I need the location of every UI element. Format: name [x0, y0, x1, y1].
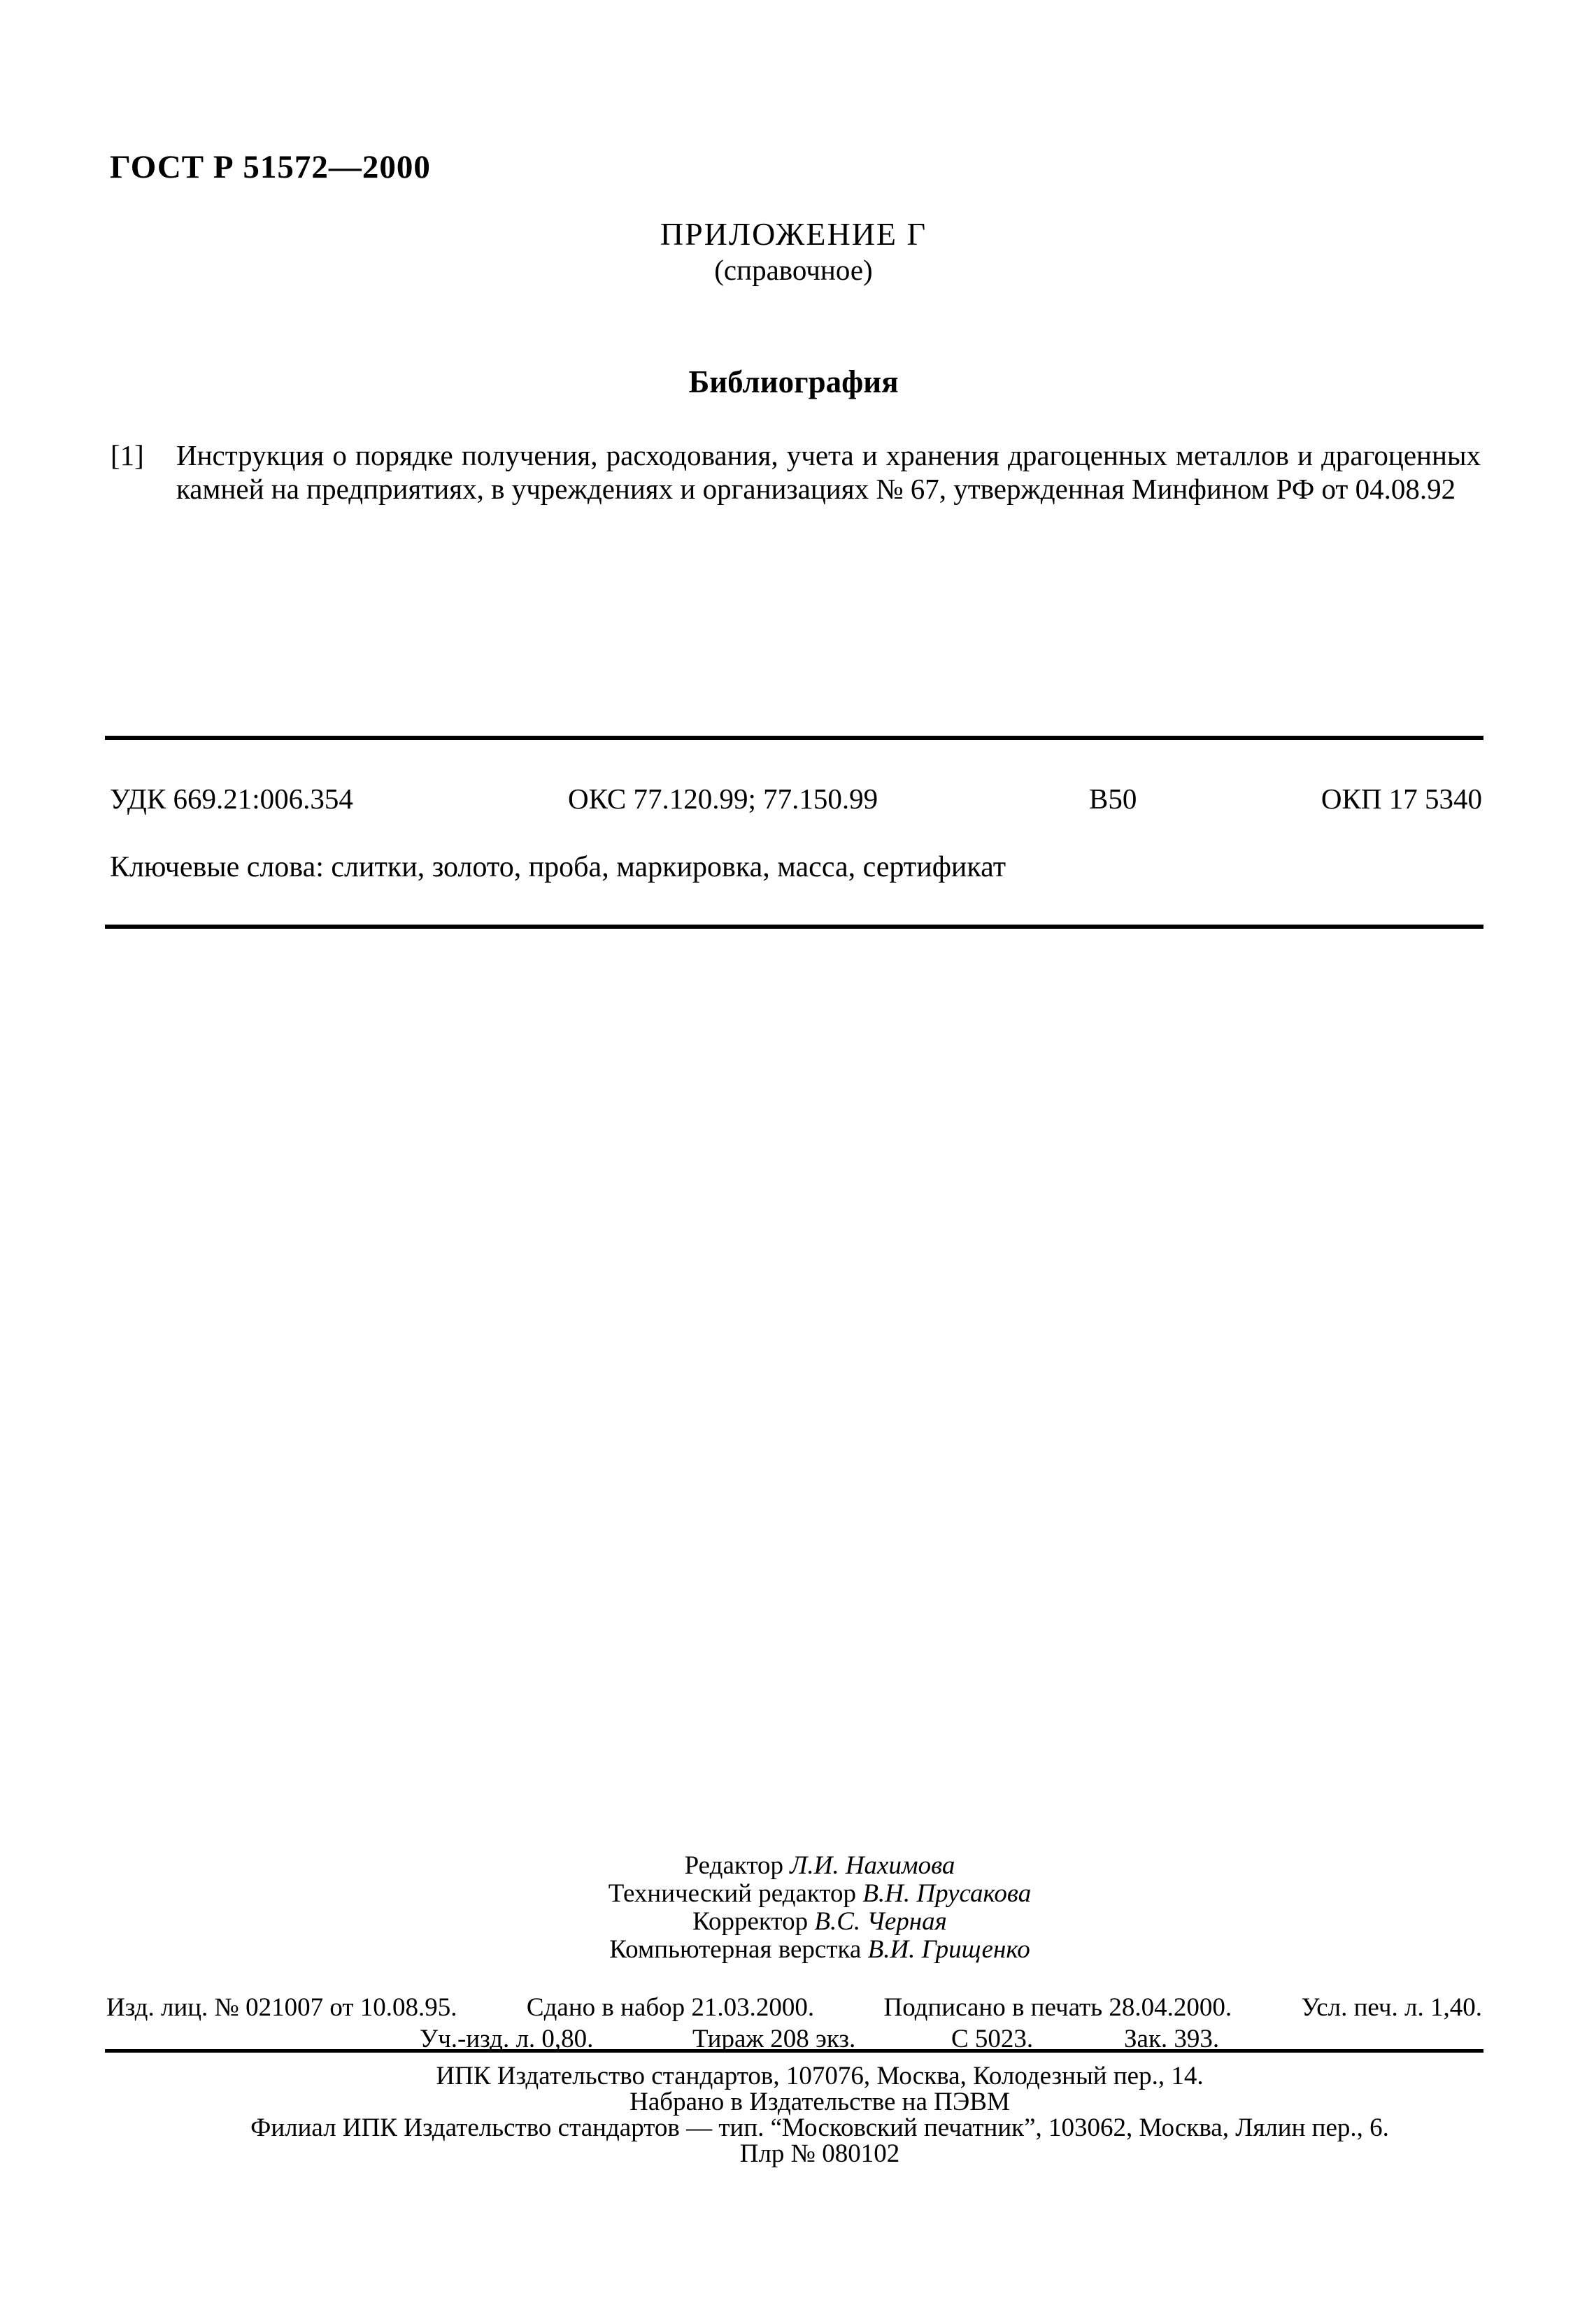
- appendix-title: ПРИЛОЖЕНИЕ Г: [0, 215, 1587, 252]
- doc-code: ГОСТ Р 51572—2000: [110, 148, 431, 186]
- okp-code: ОКП 17 5340: [1321, 782, 1482, 815]
- bibliography-entry: [1] Инструкция о порядке получения, расх…: [111, 439, 1481, 506]
- horizontal-rule-middle: [105, 925, 1483, 929]
- credit-line-editor: Редактор Л.И. Нахимова: [108, 1852, 1531, 1880]
- publisher-address: ИПК Издательство стандартов, 107076, Мос…: [108, 2063, 1531, 2089]
- imprint-license: Изд. лиц. № 021007 от 10.08.95.: [106, 1992, 457, 2023]
- credit-role: Технический редактор: [609, 1879, 856, 1908]
- credit-name: Л.И. Нахимова: [790, 1851, 955, 1880]
- credit-role: Корректор: [692, 1907, 808, 1936]
- publisher-plr-number: Плр № 080102: [108, 2141, 1531, 2167]
- credit-name: В.Н. Прусакова: [862, 1879, 1031, 1908]
- credit-line-layout: Компьютерная верстка В.И. Грищенко: [108, 1936, 1531, 1964]
- bibliography-heading: Библиография: [0, 364, 1587, 400]
- credit-role: Редактор: [685, 1851, 783, 1880]
- bibliography-entry-text: Инструкция о порядке получения, расходов…: [176, 439, 1481, 505]
- imprint-row-1: Изд. лиц. № 021007 от 10.08.95. Сдано в …: [106, 1992, 1482, 2023]
- credit-name: В.И. Грищенко: [868, 1935, 1030, 1964]
- credit-line-corrector: Корректор В.С. Черная: [108, 1908, 1531, 1936]
- credit-name: В.С. Черная: [814, 1907, 947, 1936]
- classification-codes-row: УДК 669.21:006.354 ОКС 77.120.99; 77.150…: [110, 782, 1482, 818]
- imprint-print-sheets: Усл. печ. л. 1,40.: [1301, 1992, 1482, 2023]
- credit-line-tech-editor: Технический редактор В.Н. Прусакова: [108, 1880, 1531, 1908]
- b-class-code: В50: [1089, 782, 1137, 815]
- publisher-branch-address: Филиал ИПК Издательство стандартов — тип…: [108, 2115, 1531, 2141]
- udk-code: УДК 669.21:006.354: [110, 782, 353, 815]
- bibliography-ref-number: [1]: [111, 439, 144, 472]
- publisher-typeset-note: Набрано в Издательстве на ПЭВМ: [108, 2089, 1531, 2115]
- appendix-subtitle: (справочное): [0, 253, 1587, 287]
- horizontal-rule-top: [105, 736, 1483, 740]
- horizontal-rule-bottom: [105, 2049, 1483, 2053]
- imprint-typeset-date: Сдано в набор 21.03.2000.: [527, 1992, 814, 2023]
- credit-role: Компьютерная верстка: [609, 1935, 861, 1964]
- publisher-block: ИПК Издательство стандартов, 107076, Мос…: [108, 2063, 1531, 2167]
- oks-code: ОКС 77.120.99; 77.150.99: [568, 782, 878, 815]
- keywords-line: Ключевые слова: слитки, золото, проба, м…: [110, 850, 1006, 884]
- imprint-print-date: Подписано в печать 28.04.2000.: [884, 1992, 1232, 2023]
- credits-block: Редактор Л.И. Нахимова Технический редак…: [108, 1852, 1531, 1964]
- document-page: ГОСТ Р 51572—2000 ПРИЛОЖЕНИЕ Г (справочн…: [0, 0, 1587, 2324]
